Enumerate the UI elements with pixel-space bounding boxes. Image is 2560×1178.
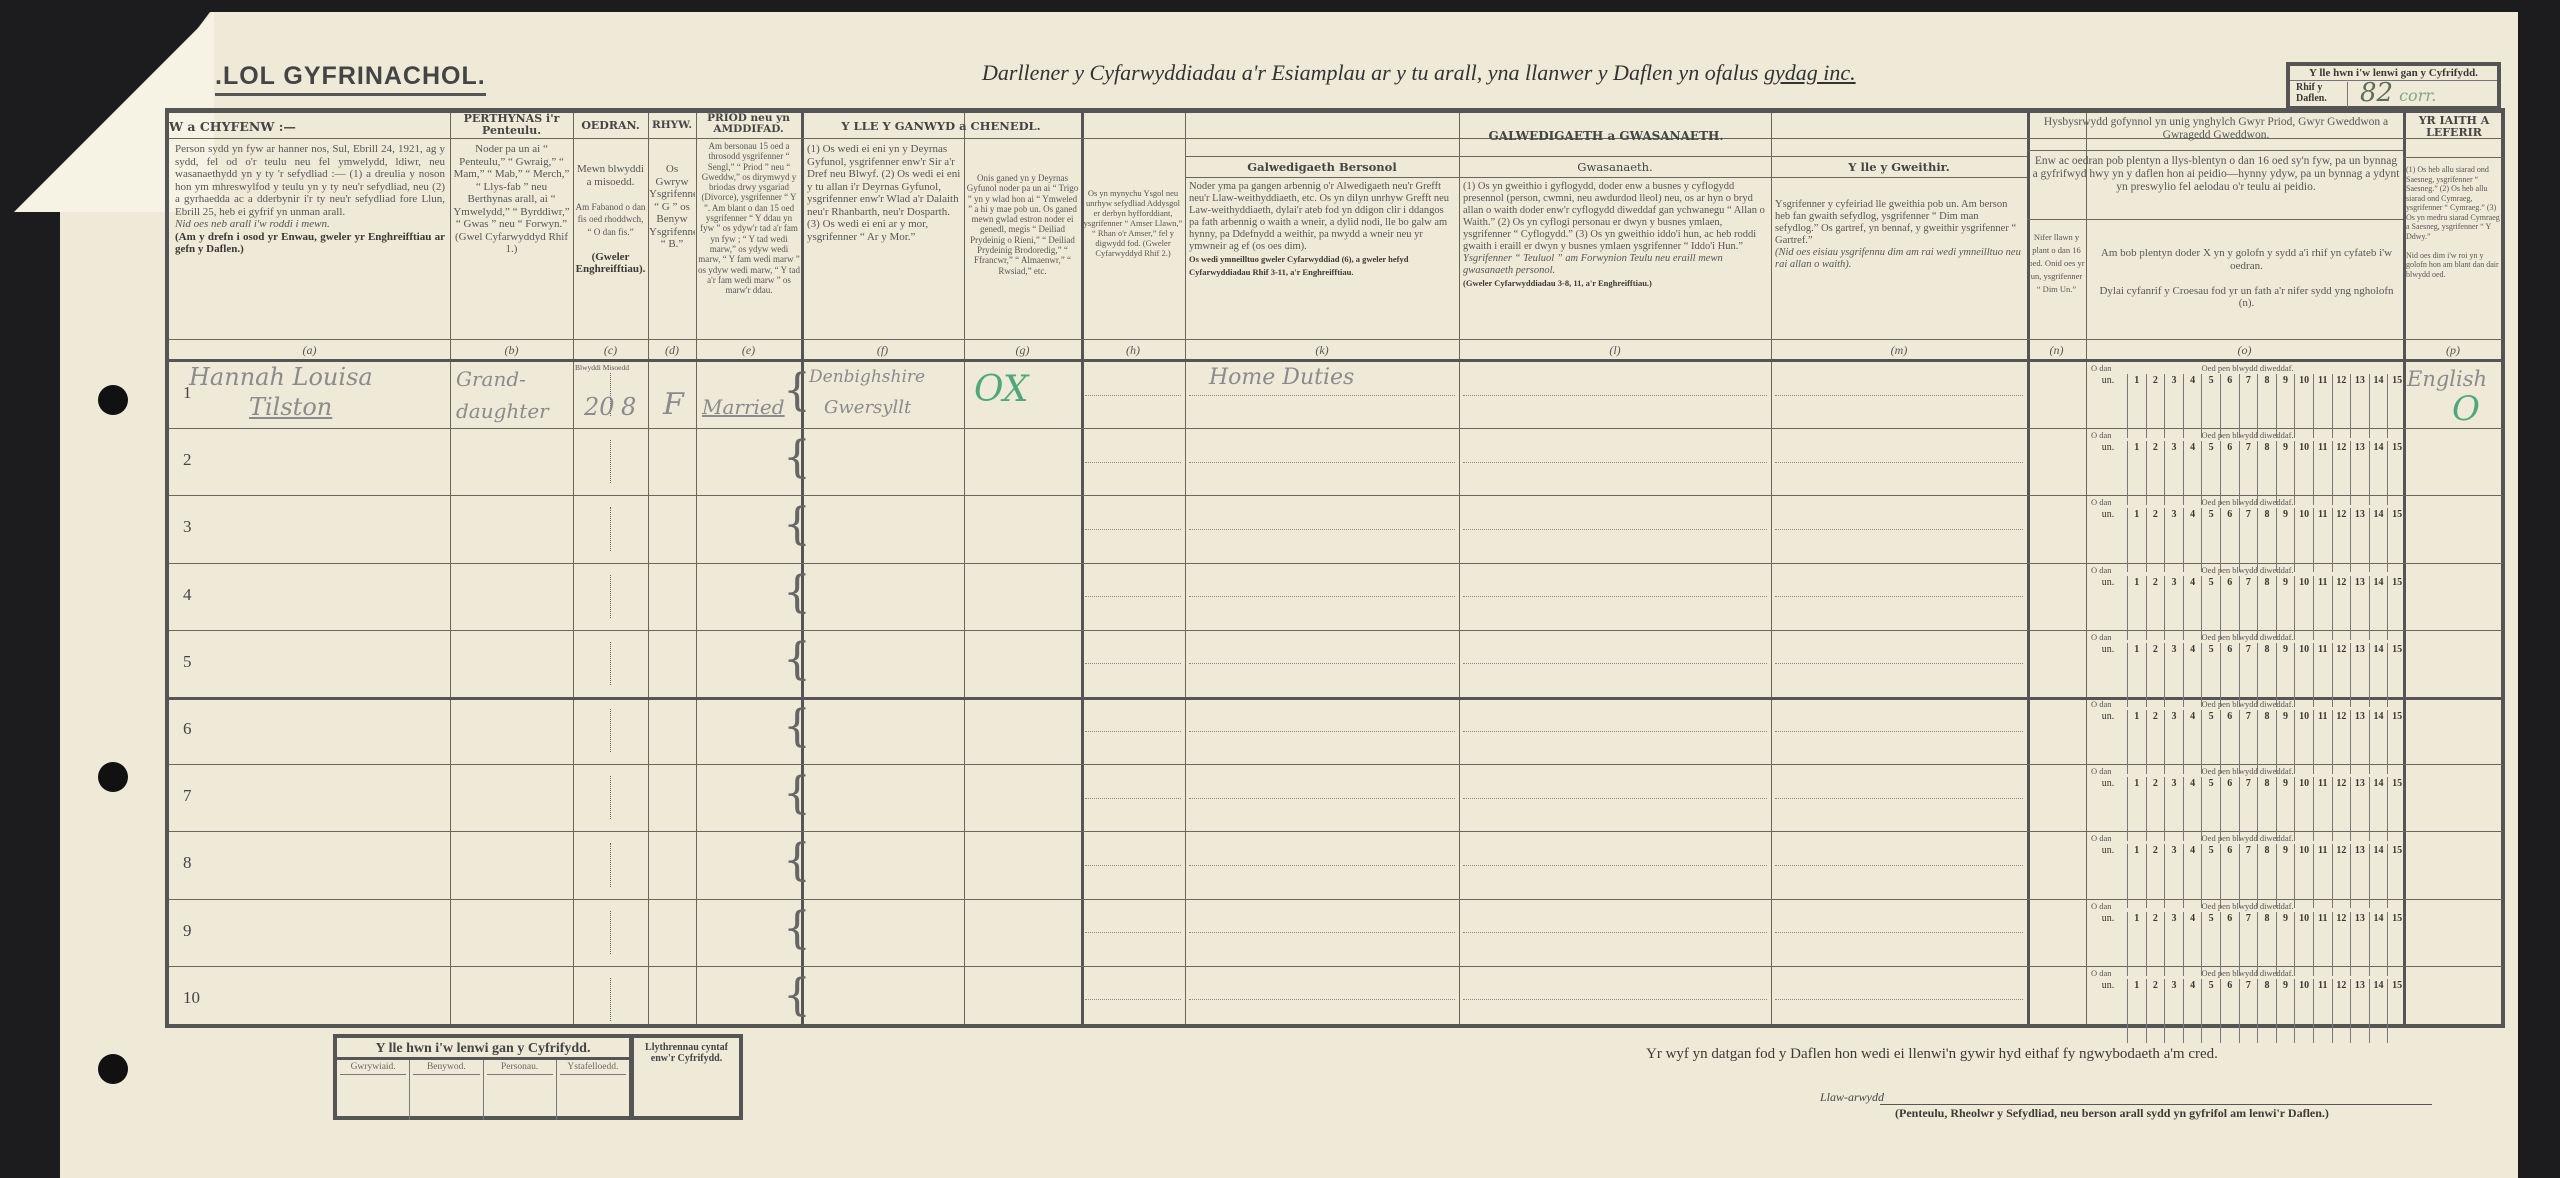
age-cell[interactable]: 10 xyxy=(2294,508,2313,572)
age-cell[interactable]: 15 xyxy=(2387,912,2406,976)
age-cell[interactable]: 15 xyxy=(2387,979,2406,1043)
row-midline xyxy=(1189,596,1455,597)
age-cell[interactable]: 6 xyxy=(2220,844,2239,908)
row-midline xyxy=(1463,798,1767,799)
row-midline xyxy=(1189,529,1455,530)
age-cell[interactable]: 13 xyxy=(2350,508,2369,572)
row-midline xyxy=(1463,395,1767,396)
age-divider xyxy=(610,709,611,752)
row-midline xyxy=(1085,798,1181,799)
age-cell[interactable]: 10 xyxy=(2294,979,2313,1043)
age-cell[interactable]: 9 xyxy=(2276,979,2295,1043)
age-cell[interactable]: 14 xyxy=(2369,777,2388,841)
age-cell[interactable]: 6 xyxy=(2220,576,2239,640)
age-cell[interactable]: 14 xyxy=(2369,844,2388,908)
age-cell[interactable]: 14 xyxy=(2369,912,2388,976)
age-cell-under-one[interactable]: un. xyxy=(2089,374,2127,438)
row-midline xyxy=(1463,731,1767,732)
age-cell[interactable]: 9 xyxy=(2276,912,2295,976)
row-midline xyxy=(1775,798,2023,799)
age-cell[interactable]: 7 xyxy=(2239,777,2258,841)
age-cell[interactable]: 13 xyxy=(2350,710,2369,774)
age-cell[interactable]: 13 xyxy=(2350,844,2369,908)
age-cell[interactable]: 1 xyxy=(2127,844,2146,908)
age-cell[interactable]: 7 xyxy=(2239,374,2258,438)
entry-language-mark[interactable]: O xyxy=(2452,389,2480,429)
signature-note: (Penteulu, Rheolwr y Sefydliad, neu bers… xyxy=(1895,1106,2329,1121)
age-cell[interactable]: 11 xyxy=(2313,979,2332,1043)
age-cell[interactable]: 8 xyxy=(2257,912,2276,976)
age-cell[interactable]: 9 xyxy=(2276,441,2295,505)
age-divider xyxy=(610,911,611,954)
age-cell[interactable]: 12 xyxy=(2332,508,2351,572)
age-cell[interactable]: 14 xyxy=(2369,576,2388,640)
age-cell[interactable]: 3 xyxy=(2164,576,2183,640)
instructions-nationality: Onis ganed yn y Deyrnas Gyfunol noder pa… xyxy=(966,173,1079,276)
row-number: 2 xyxy=(183,450,192,470)
col-divider xyxy=(1185,113,1186,1024)
entry-sex[interactable]: F xyxy=(663,387,684,422)
age-cell[interactable]: 15 xyxy=(2387,576,2406,640)
age-cell-under-one[interactable]: un. xyxy=(2089,643,2127,707)
age-cell[interactable]: 10 xyxy=(2294,441,2313,505)
age-cell[interactable]: 2 xyxy=(2146,643,2165,707)
age-cell[interactable]: 13 xyxy=(2350,374,2369,438)
heading-married-info: Hysbysrwydd gofynnol yn unig ynghylch Gw… xyxy=(2031,116,2401,142)
row-midline xyxy=(1463,865,1767,866)
age-cell[interactable]: 7 xyxy=(2239,643,2258,707)
age-cell[interactable]: 5 xyxy=(2201,576,2220,640)
instructions-sex: Os Gwryw Ysgrifenner “ G ” os Benyw Ysgr… xyxy=(649,163,695,251)
age-cell[interactable]: 9 xyxy=(2276,643,2295,707)
age-cell[interactable]: 14 xyxy=(2369,979,2388,1043)
age-cell[interactable]: 10 xyxy=(2294,912,2313,976)
age-cell[interactable]: 1 xyxy=(2127,912,2146,976)
age-cell[interactable]: 10 xyxy=(2294,576,2313,640)
age-cell-under-one[interactable]: un. xyxy=(2089,777,2127,841)
age-cell[interactable]: 12 xyxy=(2332,777,2351,841)
age-cell[interactable]: 5 xyxy=(2201,844,2220,908)
enumerator-box: Y lle hwn i'w lenwi gan y Cyfrifydd. Rhi… xyxy=(2286,62,2501,110)
age-cell[interactable]: 6 xyxy=(2220,710,2239,774)
age-cell[interactable]: 14 xyxy=(2369,441,2388,505)
age-cell[interactable]: 3 xyxy=(2164,710,2183,774)
age-cell[interactable]: 2 xyxy=(2146,576,2165,640)
age-cell[interactable]: 12 xyxy=(2332,912,2351,976)
age-cell[interactable]: 2 xyxy=(2146,979,2165,1043)
age-cell[interactable]: 5 xyxy=(2201,710,2220,774)
col-letter-k: (k) xyxy=(1185,343,1459,358)
schedule-number-value[interactable]: 82corr. xyxy=(2360,78,2436,108)
entry-nationality-mark[interactable]: OX xyxy=(974,369,1029,410)
age-cell[interactable]: 12 xyxy=(2332,374,2351,438)
age-cell[interactable]: 6 xyxy=(2220,374,2239,438)
child-age-checkboxes: un.123456789101112131415 xyxy=(2089,374,2406,438)
brace-icon: { xyxy=(783,839,811,883)
age-cell[interactable]: 7 xyxy=(2239,912,2258,976)
occupation-subheader-rule-2 xyxy=(1185,177,2027,178)
age-caption: O danOed pen blwydd diweddaf. xyxy=(2091,699,2401,709)
col-divider xyxy=(2086,113,2087,1024)
age-cell[interactable]: 13 xyxy=(2350,441,2369,505)
age-divider xyxy=(610,843,611,886)
age-cell[interactable]: 13 xyxy=(2350,777,2369,841)
language-subheader-rule xyxy=(2403,157,2503,158)
instructions-employment: (1) Os yn gweithio i gyflogydd, doder en… xyxy=(1463,181,1769,290)
age-caption: O danOed pen blwydd diweddaf. xyxy=(2091,497,2401,507)
row-midline xyxy=(1463,932,1767,933)
age-cell[interactable]: 11 xyxy=(2313,374,2332,438)
punch-hole xyxy=(98,385,128,415)
age-cell[interactable]: 7 xyxy=(2239,576,2258,640)
instructions-birthplace: (1) Os wedi ei eni yn y Deyrnas Gyfunol,… xyxy=(807,143,961,243)
instructions-children-ages: Am bob plentyn doder X yn y golofn y syd… xyxy=(2094,247,2399,310)
age-cell[interactable]: 6 xyxy=(2220,777,2239,841)
child-age-checkboxes: un.123456789101112131415 xyxy=(2089,979,2406,1043)
age-cell-under-one[interactable]: un. xyxy=(2089,844,2127,908)
age-caption: O danOed pen blwydd diweddaf. xyxy=(2091,833,2401,843)
heading-name: W a CHYFENW :— xyxy=(169,119,450,134)
row-midline xyxy=(1189,731,1455,732)
entry-marital-status[interactable]: Married xyxy=(702,395,785,419)
age-cell[interactable]: 9 xyxy=(2276,777,2295,841)
brace-icon: { xyxy=(783,369,811,413)
form-title: .LOL GYFRINACHOL. xyxy=(215,62,486,96)
age-cell[interactable]: 8 xyxy=(2257,508,2276,572)
child-age-checkboxes: un.123456789101112131415 xyxy=(2089,508,2406,572)
age-cell[interactable]: 15 xyxy=(2387,508,2406,572)
age-cell[interactable]: 14 xyxy=(2369,508,2388,572)
age-cell[interactable]: 11 xyxy=(2313,576,2332,640)
row-midline xyxy=(1189,395,1455,396)
age-cell-under-one[interactable]: un. xyxy=(2089,441,2127,505)
age-cell[interactable]: 10 xyxy=(2294,777,2313,841)
age-cell[interactable]: 10 xyxy=(2294,643,2313,707)
age-cell[interactable]: 4 xyxy=(2183,374,2202,438)
age-cell[interactable]: 3 xyxy=(2164,508,2183,572)
age-cell[interactable]: 13 xyxy=(2350,643,2369,707)
age-cell[interactable]: 14 xyxy=(2369,374,2388,438)
age-cell[interactable]: 4 xyxy=(2183,576,2202,640)
age-cell[interactable]: 4 xyxy=(2183,777,2202,841)
row-midline xyxy=(1463,529,1767,530)
age-cell[interactable]: 5 xyxy=(2201,979,2220,1043)
heading-sex: RHYW. xyxy=(648,119,696,131)
row-midline xyxy=(1085,663,1181,664)
age-cell[interactable]: 6 xyxy=(2220,643,2239,707)
row-number: 7 xyxy=(183,786,192,806)
age-cell[interactable]: 12 xyxy=(2332,844,2351,908)
child-age-checkboxes: un.123456789101112131415 xyxy=(2089,777,2406,841)
entry-occupation[interactable]: Home Duties xyxy=(1209,365,1354,390)
age-cell[interactable]: 9 xyxy=(2276,710,2295,774)
age-cell[interactable]: 8 xyxy=(2257,374,2276,438)
age-cell[interactable]: 12 xyxy=(2332,710,2351,774)
col-divider xyxy=(696,113,697,1024)
age-cell[interactable]: 11 xyxy=(2313,777,2332,841)
age-cell-under-one[interactable]: un. xyxy=(2089,979,2127,1043)
age-cell[interactable]: 3 xyxy=(2164,374,2183,438)
age-cell[interactable]: 8 xyxy=(2257,643,2276,707)
age-cell[interactable]: 11 xyxy=(2313,710,2332,774)
age-cell[interactable]: 2 xyxy=(2146,710,2165,774)
brace-icon: { xyxy=(783,638,811,682)
entry-name[interactable]: Hannah Louisa xyxy=(189,363,373,391)
age-cell[interactable]: 1 xyxy=(2127,576,2146,640)
instructions-education: Os yn mynychu Ysgol neu unrhyw sefydliad… xyxy=(1083,188,1183,258)
schedule-number-label: Rhif y Daflen. xyxy=(2296,82,2348,108)
heading-birthplace: Y LLE Y GANWYD a CHENEDL. xyxy=(801,119,1081,133)
age-cell[interactable]: 4 xyxy=(2183,643,2202,707)
age-caption: O danOed pen blwydd diweddaf. xyxy=(2091,968,2401,978)
age-cell[interactable]: 1 xyxy=(2127,508,2146,572)
age-cell[interactable]: 7 xyxy=(2239,710,2258,774)
age-cell[interactable]: 15 xyxy=(2387,643,2406,707)
row-midline xyxy=(1463,663,1767,664)
age-cell[interactable]: 3 xyxy=(2164,912,2183,976)
age-cell[interactable]: 2 xyxy=(2146,912,2165,976)
heading-occupation: GALWEDIGAETH a GWASANAETH. xyxy=(1185,129,2027,143)
age-cell[interactable]: 15 xyxy=(2387,777,2406,841)
row-midline xyxy=(1189,798,1455,799)
age-cell[interactable]: 8 xyxy=(2257,710,2276,774)
age-cell[interactable]: 5 xyxy=(2201,643,2220,707)
age-cell[interactable]: 7 xyxy=(2239,979,2258,1043)
row-midline xyxy=(1775,865,2023,866)
instruction-line: Darllener y Cyfarwyddiadau a'r Esiamplau… xyxy=(982,60,1856,86)
age-cell[interactable]: 2 xyxy=(2146,844,2165,908)
age-cell[interactable]: 10 xyxy=(2294,710,2313,774)
age-cell[interactable]: 11 xyxy=(2313,912,2332,976)
entry-birthplace-county[interactable]: Denbighshire xyxy=(809,367,925,387)
age-cell-under-one[interactable]: un. xyxy=(2089,576,2127,640)
age-cell[interactable]: 12 xyxy=(2332,576,2351,640)
age-cell[interactable]: 14 xyxy=(2369,710,2388,774)
age-cell[interactable]: 13 xyxy=(2350,576,2369,640)
col-letter-d: (d) xyxy=(648,343,696,358)
age-cell-under-one[interactable]: un. xyxy=(2089,710,2127,774)
entry-birthplace-town[interactable]: Gwersyllt xyxy=(824,397,911,418)
col-letter-c: (c) xyxy=(573,343,648,358)
age-cell[interactable]: 3 xyxy=(2164,844,2183,908)
age-cell[interactable]: 9 xyxy=(2276,576,2295,640)
instructions-age: Mewn blwyddi a misoedd.Am Fabanod o dan … xyxy=(575,163,646,276)
age-cell[interactable]: 3 xyxy=(2164,441,2183,505)
row-number: 10 xyxy=(183,988,200,1008)
entry-surname[interactable]: Tilston xyxy=(249,393,332,421)
tally-rooms[interactable]: Ystafelloedd. xyxy=(556,1060,629,1120)
age-cell[interactable]: 1 xyxy=(2127,441,2146,505)
signature-line[interactable] xyxy=(1880,1104,2432,1105)
age-cell[interactable]: 11 xyxy=(2313,508,2332,572)
age-cell[interactable]: 3 xyxy=(2164,979,2183,1043)
age-cell[interactable]: 1 xyxy=(2127,374,2146,438)
col-letter-p: (p) xyxy=(2403,343,2503,358)
age-cell[interactable]: 10 xyxy=(2294,374,2313,438)
age-subheads: Blwyddi Misoedd xyxy=(575,363,629,372)
age-cell[interactable]: 12 xyxy=(2332,643,2351,707)
age-cell[interactable]: 2 xyxy=(2146,777,2165,841)
row-midline xyxy=(1085,462,1181,463)
row-midline xyxy=(1189,932,1455,933)
age-cell[interactable]: 4 xyxy=(2183,710,2202,774)
row-number: 8 xyxy=(183,853,192,873)
heading-workplace: Y lle y Gweithir. xyxy=(1771,160,2027,174)
instructions-language: (1) Os heb allu siarad ond Saesneg, ysgr… xyxy=(2406,165,2502,279)
row-midline xyxy=(1775,663,2023,664)
age-cell[interactable]: 11 xyxy=(2313,643,2332,707)
entry-age-years[interactable]: 20 xyxy=(584,393,615,421)
age-cell[interactable]: 7 xyxy=(2239,844,2258,908)
row-midline xyxy=(1775,596,2023,597)
age-cell[interactable]: 9 xyxy=(2276,508,2295,572)
signature-label: Llaw-arwydd xyxy=(1820,1090,1884,1105)
row-midline xyxy=(1085,529,1181,530)
age-cell[interactable]: 15 xyxy=(2387,844,2406,908)
row-number: 6 xyxy=(183,719,192,739)
age-cell[interactable]: 7 xyxy=(2239,441,2258,505)
row-midline xyxy=(1775,462,2023,463)
tally-females[interactable]: Benywod. xyxy=(409,1060,482,1120)
age-cell[interactable]: 4 xyxy=(2183,441,2202,505)
entry-age-months[interactable]: 8 xyxy=(621,393,636,421)
age-cell[interactable]: 6 xyxy=(2220,912,2239,976)
age-cell[interactable]: 3 xyxy=(2164,777,2183,841)
heading-personal-occupation: Galwedigaeth Bersonol xyxy=(1185,160,1459,174)
row-midline xyxy=(1775,731,2023,732)
age-cell[interactable]: 9 xyxy=(2276,844,2295,908)
age-cell[interactable]: 5 xyxy=(2201,441,2220,505)
age-cell[interactable]: 2 xyxy=(2146,508,2165,572)
age-cell[interactable]: 2 xyxy=(2146,374,2165,438)
age-cell[interactable]: 1 xyxy=(2127,710,2146,774)
age-cell[interactable]: 12 xyxy=(2332,979,2351,1043)
age-cell[interactable]: 5 xyxy=(2201,777,2220,841)
age-cell[interactable]: 8 xyxy=(2257,777,2276,841)
age-cell[interactable]: 13 xyxy=(2350,912,2369,976)
enumerator-initials-box[interactable]: Llythrennau cyntaf enw'r Cyfrifydd. xyxy=(631,1034,743,1120)
age-cell[interactable]: 5 xyxy=(2201,912,2220,976)
col-letter-h: (h) xyxy=(1081,343,1185,358)
heading-marital: PRIOD neu yn AMDDIFAD. xyxy=(696,113,801,135)
col-letter-o: (o) xyxy=(2086,343,2403,358)
age-cell[interactable]: 15 xyxy=(2387,374,2406,438)
row-midline xyxy=(1085,865,1181,866)
heading-relationship: PERTHYNAS i'r Penteulu. xyxy=(450,113,573,137)
col-letter-b: (b) xyxy=(450,343,573,358)
age-cell[interactable]: 13 xyxy=(2350,979,2369,1043)
age-cell[interactable]: 12 xyxy=(2332,441,2351,505)
age-cell[interactable]: 6 xyxy=(2220,508,2239,572)
age-cell[interactable]: 4 xyxy=(2183,844,2202,908)
age-cell[interactable]: 11 xyxy=(2313,441,2332,505)
age-cell[interactable]: 3 xyxy=(2164,643,2183,707)
col-divider xyxy=(1459,113,1460,1024)
col-letter-f: (f) xyxy=(801,343,964,358)
age-cell[interactable]: 10 xyxy=(2294,844,2313,908)
row-number: 3 xyxy=(183,517,192,537)
age-divider xyxy=(610,978,611,1021)
age-cell-under-one[interactable]: un. xyxy=(2089,508,2127,572)
row-midline xyxy=(1085,395,1181,396)
age-cell[interactable]: 5 xyxy=(2201,508,2220,572)
age-cell[interactable]: 8 xyxy=(2257,576,2276,640)
entry-language[interactable]: English xyxy=(2407,367,2487,391)
age-caption: O danOed pen blwydd diweddaf. xyxy=(2091,632,2401,642)
child-age-checkboxes: un.123456789101112131415 xyxy=(2089,643,2406,707)
row-midline xyxy=(1775,999,2023,1000)
age-caption: O danOed pen blwydd diweddaf. xyxy=(2091,363,2401,373)
child-age-checkboxes: un.123456789101112131415 xyxy=(2089,710,2406,774)
age-cell[interactable]: 14 xyxy=(2369,643,2388,707)
row-midline xyxy=(1189,865,1455,866)
row-midline xyxy=(1085,596,1181,597)
row-midline xyxy=(1463,596,1767,597)
declaration: Yr wyf yn datgan fod y Daflen hon wedi e… xyxy=(1646,1046,2218,1063)
age-cell[interactable]: 4 xyxy=(2183,979,2202,1043)
tally-persons[interactable]: Personau. xyxy=(483,1060,556,1120)
tally-males[interactable]: Gwrywiaid. xyxy=(337,1060,409,1120)
age-cell[interactable]: 15 xyxy=(2387,441,2406,505)
header-bottom-rule xyxy=(169,359,2503,362)
row-midline xyxy=(1085,731,1181,732)
age-cell[interactable]: 6 xyxy=(2220,441,2239,505)
brace-icon: { xyxy=(783,503,811,547)
instructions-workplace: Ysgrifenner y cyfeiriad lle gweithia pob… xyxy=(1775,199,2023,271)
instructions-name: Person sydd yn fyw ar hanner nos, Sul, E… xyxy=(175,143,445,256)
age-cell[interactable]: 8 xyxy=(2257,441,2276,505)
brace-icon: { xyxy=(783,436,811,480)
age-cell[interactable]: 2 xyxy=(2146,441,2165,505)
child-age-checkboxes: un.123456789101112131415 xyxy=(2089,441,2406,505)
age-cell[interactable]: 6 xyxy=(2220,979,2239,1043)
heading-age: OEDRAN. xyxy=(573,119,648,132)
age-divider xyxy=(610,642,611,685)
row-midline xyxy=(1775,529,2023,530)
child-age-checkboxes: un.123456789101112131415 xyxy=(2089,912,2406,976)
brace-icon: { xyxy=(783,705,811,749)
row-midline xyxy=(1085,999,1181,1000)
enumerator-tally-box: Y lle hwn i'w lenwi gan y Cyfrifydd. Gwr… xyxy=(333,1034,633,1120)
age-cell-under-one[interactable]: un. xyxy=(2089,912,2127,976)
col-letter-e: (e) xyxy=(696,343,801,358)
age-cell[interactable]: 4 xyxy=(2183,508,2202,572)
age-caption: O danOed pen blwydd diweddaf. xyxy=(2091,766,2401,776)
age-caption: O danOed pen blwydd diweddaf. xyxy=(2091,430,2401,440)
row-midline xyxy=(1189,462,1455,463)
age-cell[interactable]: 1 xyxy=(2127,777,2146,841)
age-cell[interactable]: 1 xyxy=(2127,979,2146,1043)
instructions-relationship: Noder pa un ai “ Penteulu,” “ Gwraig,” “… xyxy=(453,143,570,256)
age-cell[interactable]: 7 xyxy=(2239,508,2258,572)
age-cell[interactable]: 9 xyxy=(2276,374,2295,438)
age-caption: O danOed pen blwydd diweddaf. xyxy=(2091,565,2401,575)
row-number: 5 xyxy=(183,652,192,672)
age-cell[interactable]: 11 xyxy=(2313,844,2332,908)
age-cell[interactable]: 1 xyxy=(2127,643,2146,707)
col-letter-g: (g) xyxy=(964,343,1081,358)
entry-relationship[interactable]: Grand-daughter xyxy=(456,363,576,427)
age-cell[interactable]: 8 xyxy=(2257,844,2276,908)
row-number: 4 xyxy=(183,585,192,605)
age-cell[interactable]: 4 xyxy=(2183,912,2202,976)
col-divider xyxy=(1771,113,1772,1024)
punch-hole xyxy=(98,762,128,792)
row-midline xyxy=(1085,932,1181,933)
age-cell[interactable]: 5 xyxy=(2201,374,2220,438)
age-cell[interactable]: 15 xyxy=(2387,710,2406,774)
age-cell[interactable]: 8 xyxy=(2257,979,2276,1043)
